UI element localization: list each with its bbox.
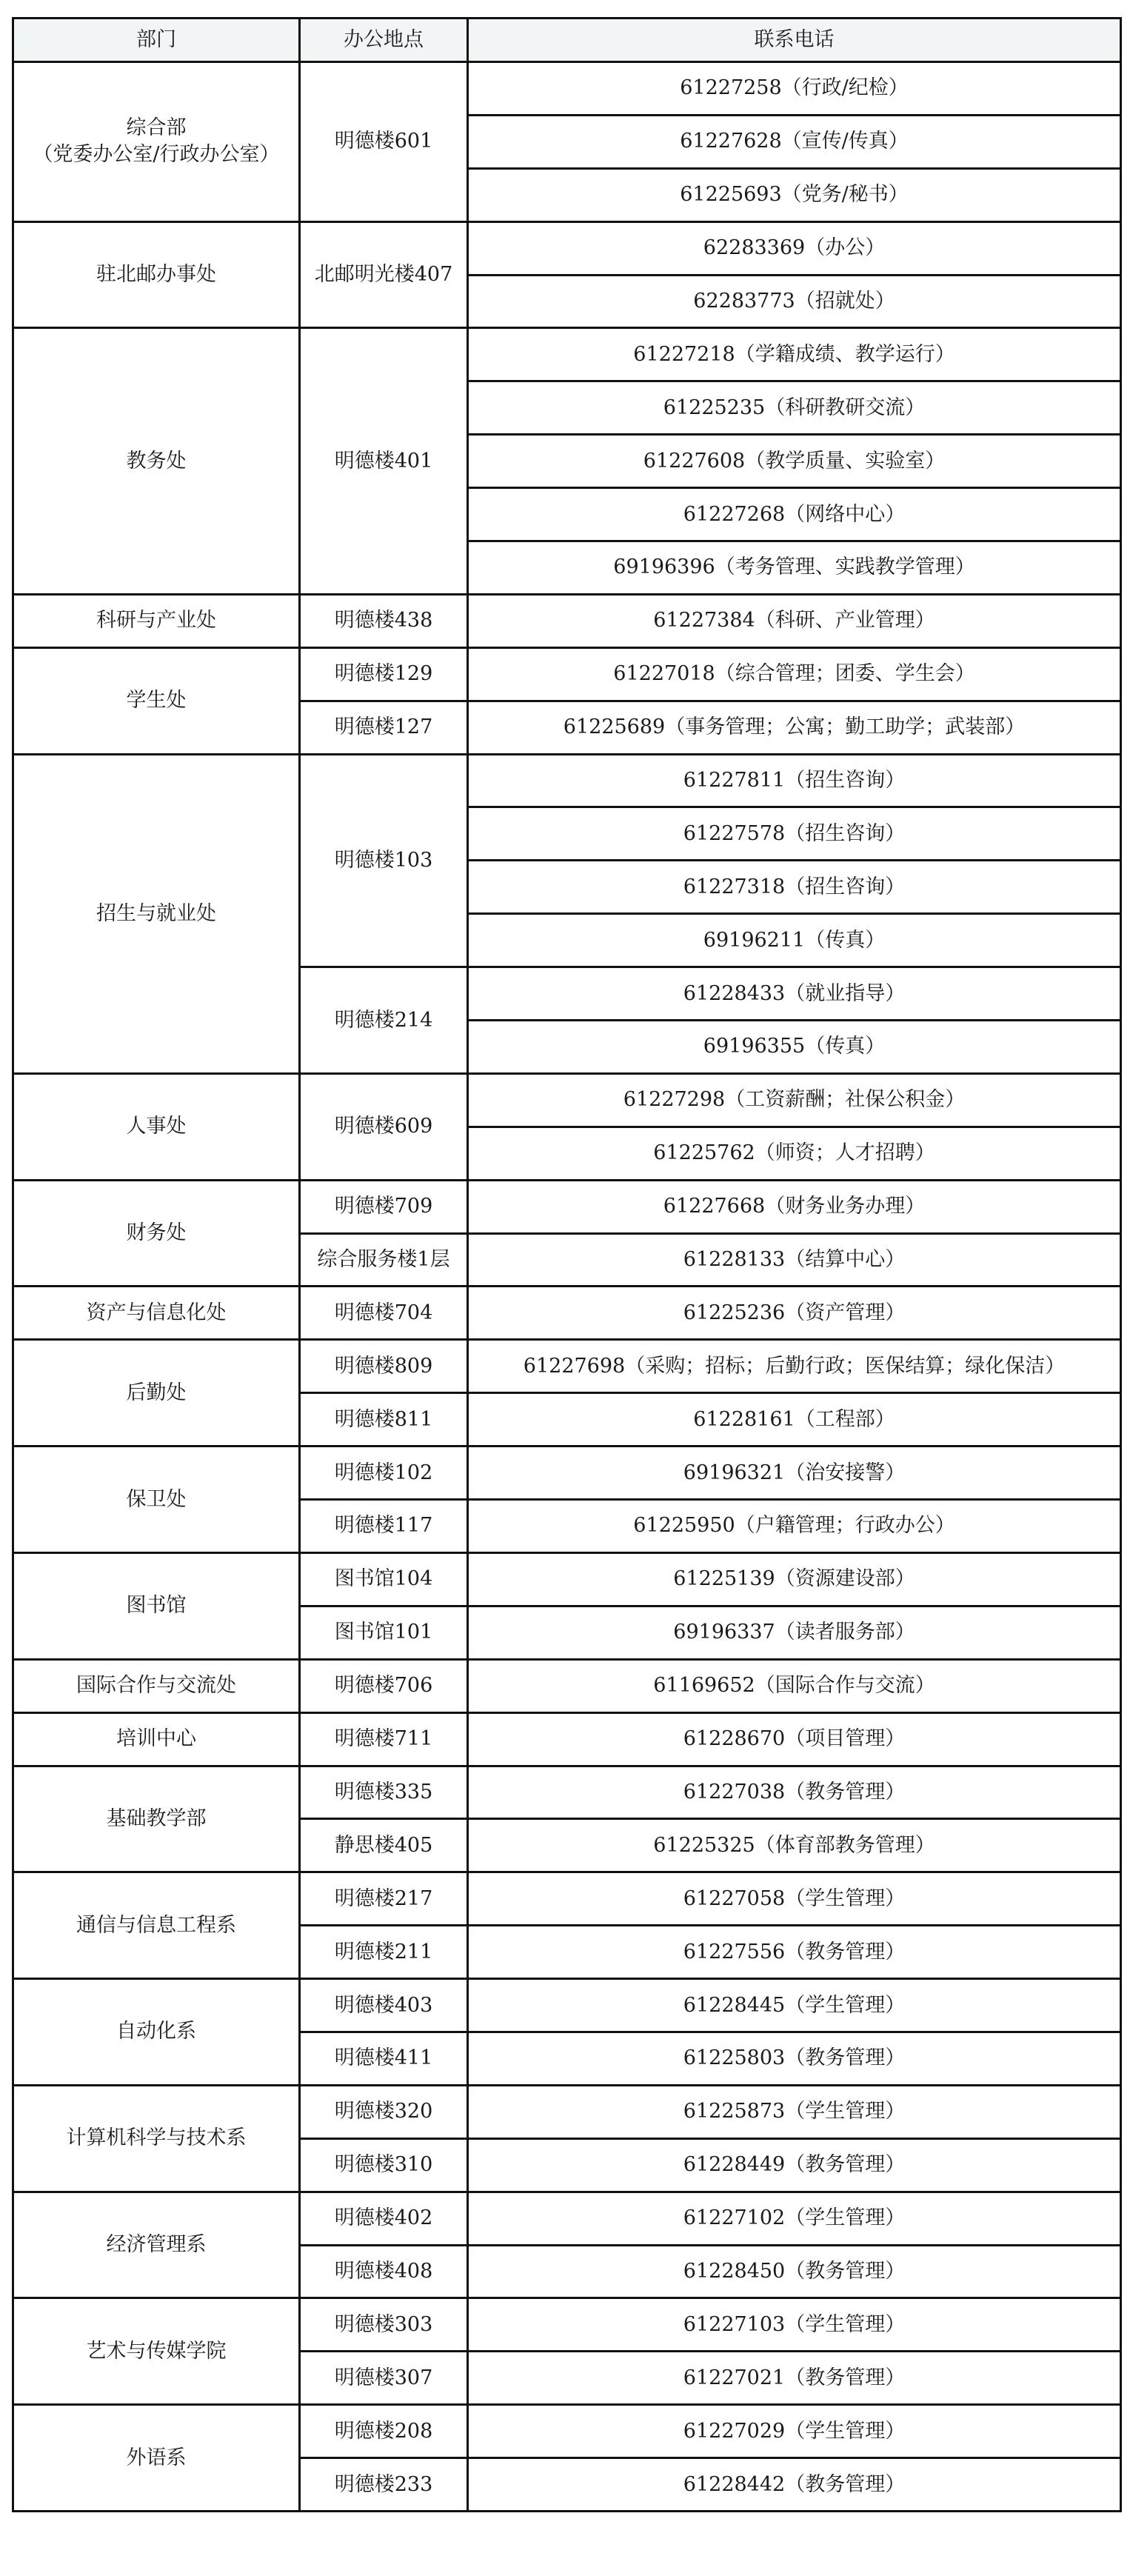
location-cell: 明德楼117 — [300, 1500, 468, 1553]
department-name: 经济管理系 — [17, 2232, 295, 2258]
phone-cell: 61227628（宣传/传真） — [468, 115, 1121, 168]
location-cell: 明德楼402 — [300, 2192, 468, 2245]
department-cell: 后勤处 — [13, 1340, 300, 1447]
phone-cell: 61227698（采购；招标；后勤行政；医保结算；绿化保洁） — [468, 1340, 1121, 1393]
phone-cell: 61225873（学生管理） — [468, 2085, 1121, 2138]
department-name: 财务处 — [17, 1220, 295, 1247]
phone-cell: 69196396（考务管理、实践教学管理） — [468, 541, 1121, 595]
department-name: 后勤处 — [17, 1380, 295, 1407]
phone-cell: 69196211（传真） — [468, 914, 1121, 967]
phone-cell: 69196337（读者服务部） — [468, 1606, 1121, 1659]
department-name: 招生与就业处 — [17, 901, 295, 927]
phone-cell: 62283773（招就处） — [468, 275, 1121, 328]
phone-cell: 61227811（招生咨询） — [468, 754, 1121, 807]
department-cell: 外语系 — [13, 2405, 300, 2512]
location-cell: 明德楼217 — [300, 1872, 468, 1926]
phone-cell: 61228445（学生管理） — [468, 1979, 1121, 2032]
department-cell: 经济管理系 — [13, 2192, 300, 2298]
table-row: 图书馆图书馆10461225139（资源建设部） — [13, 1552, 1121, 1606]
location-cell: 明德楼704 — [300, 1287, 468, 1340]
phone-cell: 61225693（党务/秘书） — [468, 168, 1121, 221]
location-cell: 明德楼711 — [300, 1712, 468, 1766]
phone-cell: 61225689（事务管理；公寓；勤工助学；武装部） — [468, 701, 1121, 754]
department-subname: （党委办公室/行政办公室） — [17, 141, 295, 168]
phone-cell: 69196321（治安接警） — [468, 1447, 1121, 1500]
department-name: 外语系 — [17, 2445, 295, 2472]
department-cell: 培训中心 — [13, 1712, 300, 1766]
phone-cell: 61227029（学生管理） — [468, 2405, 1121, 2458]
table-row: 基础教学部明德楼33561227038（教务管理） — [13, 1766, 1121, 1819]
department-cell: 驻北邮办事处 — [13, 221, 300, 328]
phone-cell: 61227103（学生管理） — [468, 2298, 1121, 2352]
department-name: 人事处 — [17, 1113, 295, 1140]
location-cell: 明德楼609 — [300, 1073, 468, 1180]
table-row: 教务处明德楼40161227218（学籍成绩、教学运行） — [13, 328, 1121, 381]
phone-cell: 61227058（学生管理） — [468, 1872, 1121, 1926]
phone-cell: 61228442（教务管理） — [468, 2458, 1121, 2512]
location-cell: 明德楼401 — [300, 328, 468, 594]
department-name: 教务处 — [17, 448, 295, 475]
phone-cell: 61228161（工程部） — [468, 1393, 1121, 1447]
table-row: 资产与信息化处明德楼70461225236（资产管理） — [13, 1287, 1121, 1340]
table-row: 招生与就业处明德楼10361227811（招生咨询） — [13, 754, 1121, 807]
location-cell: 明德楼408 — [300, 2245, 468, 2298]
location-cell: 明德楼438 — [300, 594, 468, 647]
department-cell: 资产与信息化处 — [13, 1287, 300, 1340]
location-cell: 明德楼809 — [300, 1340, 468, 1393]
location-cell: 明德楼102 — [300, 1447, 468, 1500]
phone-cell: 61227608（教学质量、实验室） — [468, 435, 1121, 488]
location-cell: 明德楼320 — [300, 2085, 468, 2138]
phone-cell: 61227021（教务管理） — [468, 2352, 1121, 2405]
department-cell: 综合部（党委办公室/行政办公室） — [13, 62, 300, 222]
phone-cell: 61225139（资源建设部） — [468, 1552, 1121, 1606]
phone-cell: 61227298（工资薪酬；社保公积金） — [468, 1073, 1121, 1127]
table-row: 人事处明德楼60961227298（工资薪酬；社保公积金） — [13, 1073, 1121, 1127]
department-name: 通信与信息工程系 — [17, 1912, 295, 1939]
location-cell: 明德楼709 — [300, 1180, 468, 1233]
location-cell: 图书馆101 — [300, 1606, 468, 1659]
department-name: 学生处 — [17, 687, 295, 714]
phone-cell: 61228449（教务管理） — [468, 2138, 1121, 2192]
department-name: 培训中心 — [17, 1726, 295, 1752]
location-cell: 明德楼706 — [300, 1659, 468, 1712]
department-name: 科研与产业处 — [17, 607, 295, 634]
location-cell: 明德楼129 — [300, 647, 468, 701]
department-name: 综合部 — [17, 115, 295, 141]
location-cell: 图书馆104 — [300, 1552, 468, 1606]
table-row: 科研与产业处明德楼43861227384（科研、产业管理） — [13, 594, 1121, 647]
table-row: 保卫处明德楼10269196321（治安接警） — [13, 1447, 1121, 1500]
header-department: 部门 — [13, 19, 300, 62]
location-cell: 明德楼127 — [300, 701, 468, 754]
phone-cell: 61225762（师资；人才招聘） — [468, 1127, 1121, 1180]
department-name: 驻北邮办事处 — [17, 261, 295, 288]
department-cell: 国际合作与交流处 — [13, 1659, 300, 1712]
phone-cell: 61227268（网络中心） — [468, 488, 1121, 541]
table-row: 学生处明德楼12961227018（综合管理；团委、学生会） — [13, 647, 1121, 701]
location-cell: 北邮明光楼407 — [300, 221, 468, 328]
phone-cell: 61227018（综合管理；团委、学生会） — [468, 647, 1121, 701]
location-cell: 明德楼303 — [300, 2298, 468, 2352]
table-row: 外语系明德楼20861227029（学生管理） — [13, 2405, 1121, 2458]
department-name: 资产与信息化处 — [17, 1300, 295, 1327]
location-cell: 明德楼811 — [300, 1393, 468, 1447]
department-name: 计算机科学与技术系 — [17, 2125, 295, 2152]
phone-cell: 69196355（传真） — [468, 1021, 1121, 1074]
header-row: 部门 办公地点 联系电话 — [13, 19, 1121, 62]
department-cell: 艺术与传媒学院 — [13, 2298, 300, 2405]
phone-cell: 62283369（办公） — [468, 221, 1121, 275]
header-phone: 联系电话 — [468, 19, 1121, 62]
phone-cell: 61227384（科研、产业管理） — [468, 594, 1121, 647]
department-cell: 学生处 — [13, 647, 300, 754]
department-cell: 保卫处 — [13, 1447, 300, 1553]
phone-cell: 61227668（财务业务办理） — [468, 1180, 1121, 1233]
location-cell: 明德楼335 — [300, 1766, 468, 1819]
department-name: 国际合作与交流处 — [17, 1672, 295, 1699]
phone-cell: 61228450（教务管理） — [468, 2245, 1121, 2298]
location-cell: 明德楼208 — [300, 2405, 468, 2458]
location-cell: 明德楼403 — [300, 1979, 468, 2032]
table-row: 综合部（党委办公室/行政办公室）明德楼60161227258（行政/纪检） — [13, 62, 1121, 116]
phone-cell: 61227578（招生咨询） — [468, 807, 1121, 861]
department-name: 自动化系 — [17, 2018, 295, 2045]
table-row: 驻北邮办事处北邮明光楼40762283369（办公） — [13, 221, 1121, 275]
phone-cell: 61228133（结算中心） — [468, 1233, 1121, 1287]
department-cell: 计算机科学与技术系 — [13, 2085, 300, 2192]
phone-cell: 61225803（教务管理） — [468, 2032, 1121, 2085]
phone-cell: 61227218（学籍成绩、教学运行） — [468, 328, 1121, 381]
phone-cell: 61225235（科研教研交流） — [468, 381, 1121, 435]
table-row: 自动化系明德楼40361228445（学生管理） — [13, 1979, 1121, 2032]
department-cell: 教务处 — [13, 328, 300, 594]
location-cell: 明德楼601 — [300, 62, 468, 222]
table-row: 艺术与传媒学院明德楼30361227103（学生管理） — [13, 2298, 1121, 2352]
department-cell: 科研与产业处 — [13, 594, 300, 647]
phone-cell: 61225325（体育部教务管理） — [468, 1819, 1121, 1872]
table-row: 通信与信息工程系明德楼21761227058（学生管理） — [13, 1872, 1121, 1926]
header-location: 办公地点 — [300, 19, 468, 62]
location-cell: 明德楼307 — [300, 2352, 468, 2405]
table-row: 计算机科学与技术系明德楼32061225873（学生管理） — [13, 2085, 1121, 2138]
department-cell: 财务处 — [13, 1180, 300, 1287]
phone-cell: 61227258（行政/纪检） — [468, 62, 1121, 116]
phone-cell: 61227318（招生咨询） — [468, 861, 1121, 914]
phone-cell: 61169652（国际合作与交流） — [468, 1659, 1121, 1712]
phone-cell: 61225950（户籍管理；行政办公） — [468, 1500, 1121, 1553]
department-cell: 自动化系 — [13, 1979, 300, 2086]
department-cell: 通信与信息工程系 — [13, 1872, 300, 1979]
location-cell: 明德楼411 — [300, 2032, 468, 2085]
phone-cell: 61227102（学生管理） — [468, 2192, 1121, 2245]
department-cell: 图书馆 — [13, 1552, 300, 1659]
department-name: 图书馆 — [17, 1592, 295, 1619]
table-row: 经济管理系明德楼40261227102（学生管理） — [13, 2192, 1121, 2245]
location-cell: 静思楼405 — [300, 1819, 468, 1872]
phone-cell: 61227556（教务管理） — [468, 1926, 1121, 1979]
table-row: 培训中心明德楼71161228670（项目管理） — [13, 1712, 1121, 1766]
department-name: 基础教学部 — [17, 1806, 295, 1832]
location-cell: 明德楼214 — [300, 967, 468, 1074]
location-cell: 明德楼211 — [300, 1926, 468, 1979]
department-cell: 人事处 — [13, 1073, 300, 1180]
location-cell: 明德楼233 — [300, 2458, 468, 2512]
phone-cell: 61227038（教务管理） — [468, 1766, 1121, 1819]
department-cell: 招生与就业处 — [13, 754, 300, 1073]
location-cell: 综合服务楼1层 — [300, 1233, 468, 1287]
table-row: 后勤处明德楼80961227698（采购；招标；后勤行政；医保结算；绿化保洁） — [13, 1340, 1121, 1393]
department-cell: 基础教学部 — [13, 1766, 300, 1872]
department-name: 保卫处 — [17, 1486, 295, 1513]
contact-directory-table: 部门 办公地点 联系电话 综合部（党委办公室/行政办公室）明德楼60161227… — [12, 17, 1122, 2512]
location-cell: 明德楼310 — [300, 2138, 468, 2192]
table-row: 国际合作与交流处明德楼70661169652（国际合作与交流） — [13, 1659, 1121, 1712]
department-name: 艺术与传媒学院 — [17, 2338, 295, 2365]
table-row: 财务处明德楼70961227668（财务业务办理） — [13, 1180, 1121, 1233]
phone-cell: 61228433（就业指导） — [468, 967, 1121, 1021]
phone-cell: 61228670（项目管理） — [468, 1712, 1121, 1766]
phone-cell: 61225236（资产管理） — [468, 1287, 1121, 1340]
location-cell: 明德楼103 — [300, 754, 468, 967]
table-body: 综合部（党委办公室/行政办公室）明德楼60161227258（行政/纪检）612… — [13, 62, 1121, 2512]
